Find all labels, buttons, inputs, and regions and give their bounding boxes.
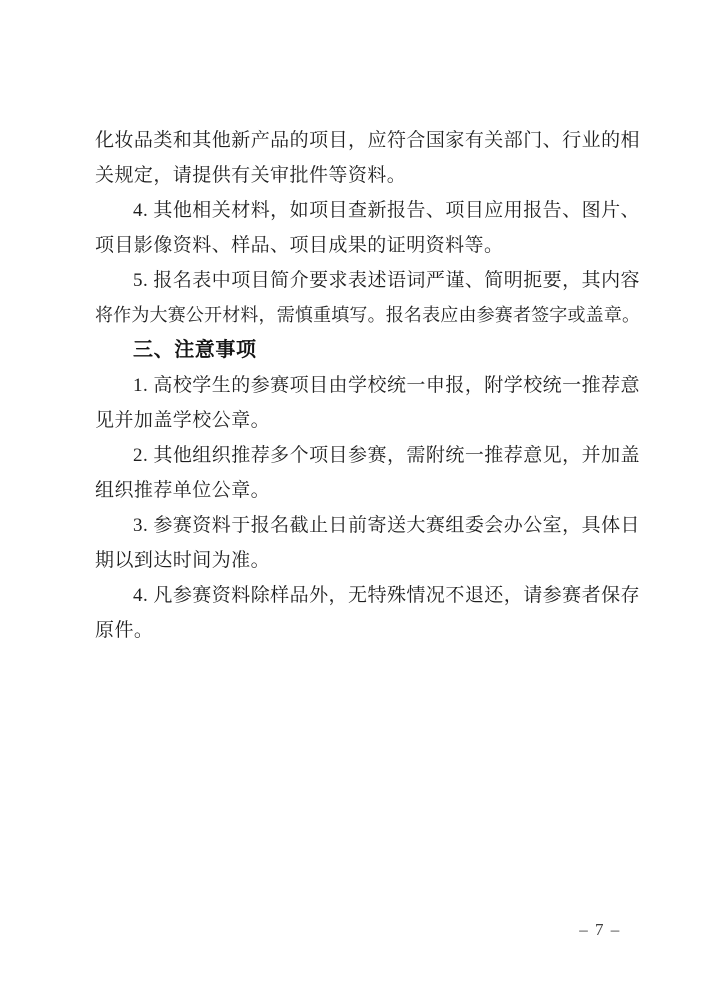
page-number: – 7 – [572, 920, 628, 940]
text-line: 将作为大赛公开材料，需慎重填写。报名表应由参赛者签字或盖章。 [95, 298, 640, 333]
text-line: 化妆品类和其他新产品的项目，应符合国家有关部门、行业的相 [95, 123, 640, 158]
section-heading: 三、注意事项 [95, 333, 640, 368]
text-line: 见并加盖学校公章。 [95, 403, 640, 438]
text-line: 关规定，请提供有关审批件等资料。 [95, 158, 640, 193]
text-line: 组织推荐单位公章。 [95, 473, 640, 508]
text-line: 期以到达时间为准。 [95, 543, 640, 578]
page-body: 化妆品类和其他新产品的项目，应符合国家有关部门、行业的相 关规定，请提供有关审批… [95, 123, 640, 648]
text-line: 4. 凡参赛资料除样品外，无特殊情况不退还，请参赛者保存 [95, 578, 640, 613]
text-line: 2. 其他组织推荐多个项目参赛，需附统一推荐意见，并加盖 [95, 438, 640, 473]
text-line: 项目影像资料、样品、项目成果的证明资料等。 [95, 228, 640, 263]
document-page: 化妆品类和其他新产品的项目，应符合国家有关部门、行业的相 关规定，请提供有关审批… [0, 0, 709, 1002]
text-line: 5. 报名表中项目简介要求表述语词严谨、简明扼要，其内容 [95, 263, 640, 298]
text-line: 原件。 [95, 613, 640, 648]
text-line: 4. 其他相关材料，如项目查新报告、项目应用报告、图片、 [95, 193, 640, 228]
text-line: 3. 参赛资料于报名截止日前寄送大赛组委会办公室，具体日 [95, 508, 640, 543]
text-line: 1. 高校学生的参赛项目由学校统一申报，附学校统一推荐意 [95, 368, 640, 403]
